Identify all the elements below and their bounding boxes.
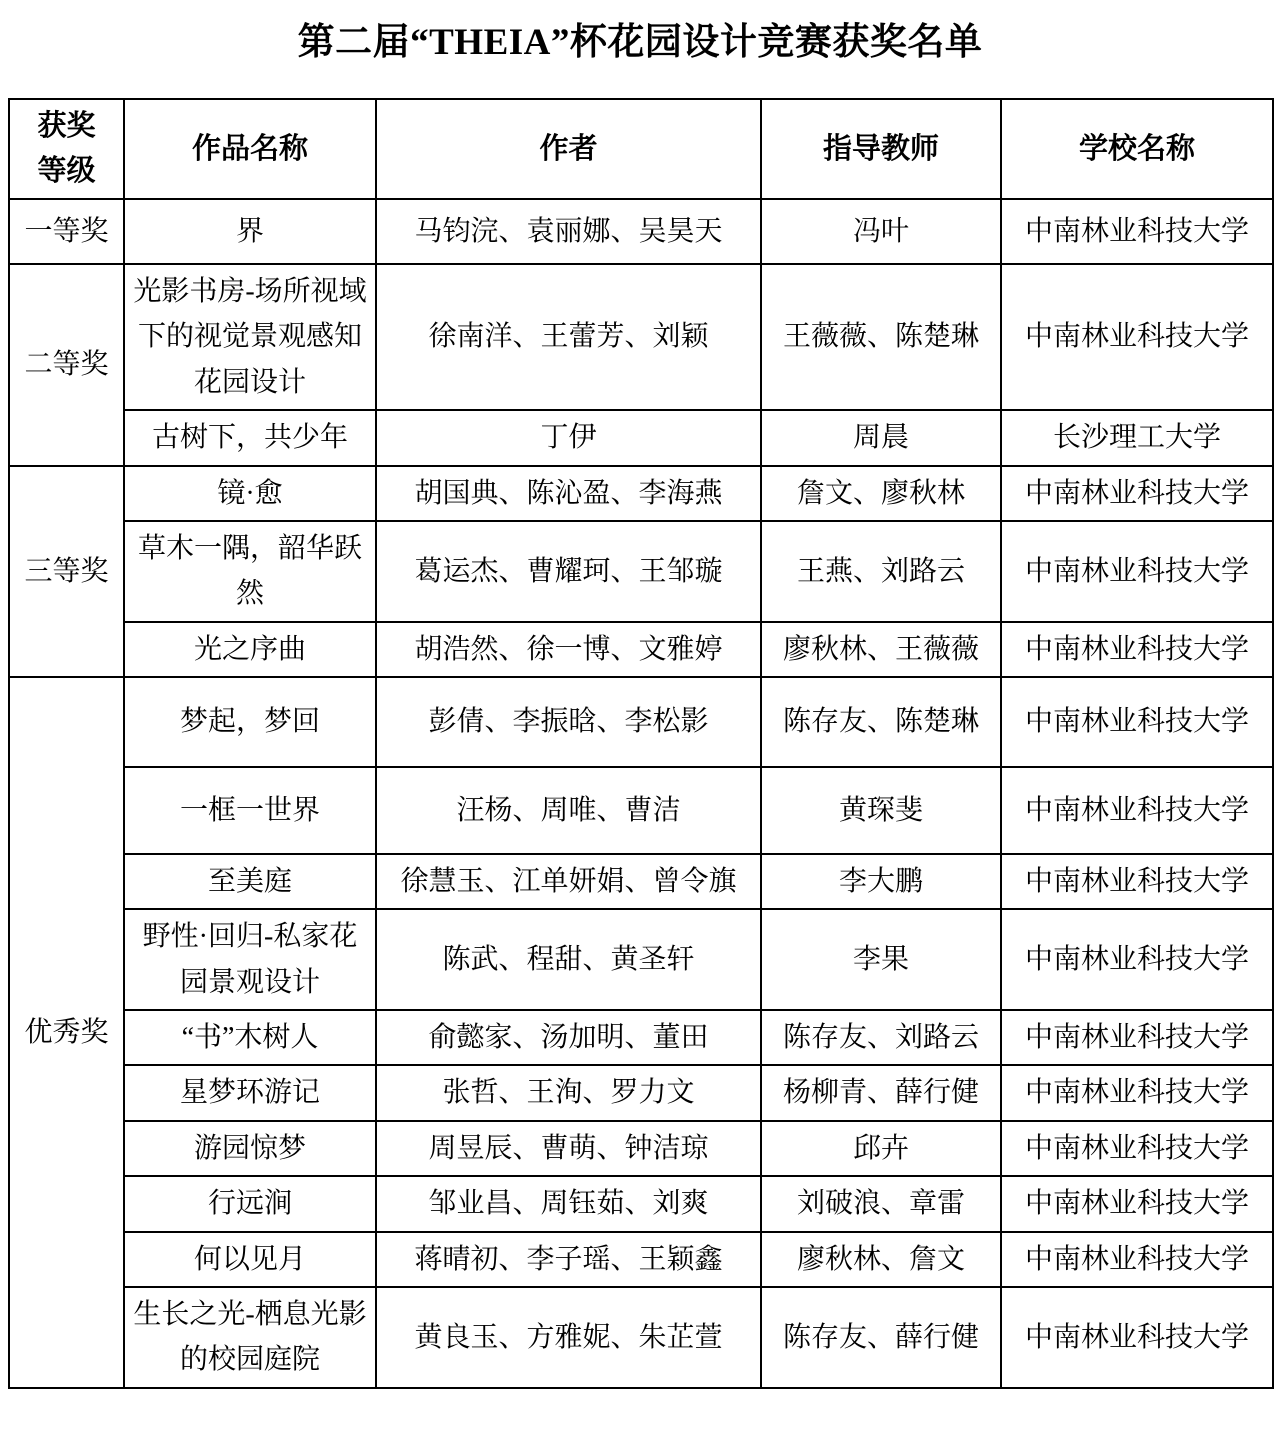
cell-school: 中南林业科技大学 bbox=[1001, 622, 1273, 677]
cell-work-name: 光之序曲 bbox=[124, 622, 376, 677]
table-row: 生长之光-栖息光影的校园庭院 黄良玉、方雅妮、朱芷萱 陈存友、薛行健 中南林业科… bbox=[9, 1287, 1273, 1388]
cell-teachers: 陈存友、陈楚琳 bbox=[761, 677, 1001, 767]
cell-authors: 胡浩然、徐一博、文雅婷 bbox=[376, 622, 761, 677]
cell-school: 中南林业科技大学 bbox=[1001, 1065, 1273, 1120]
cell-teachers: 廖秋林、詹文 bbox=[761, 1232, 1001, 1287]
cell-teachers: 刘破浪、章雷 bbox=[761, 1176, 1001, 1231]
table-row: “书”木树人 俞懿家、汤加明、董田 陈存友、刘路云 中南林业科技大学 bbox=[9, 1010, 1273, 1065]
cell-authors: 丁伊 bbox=[376, 410, 761, 465]
cell-authors: 彭倩、李振晗、李松影 bbox=[376, 677, 761, 767]
cell-work-name: 一框一世界 bbox=[124, 767, 376, 854]
document-page: 第二届“THEIA”杯花园设计竞赛获奖名单 获奖 等级 作品名称 作者 指导教师… bbox=[0, 0, 1280, 1429]
table-row: 星梦环游记 张哲、王洵、罗力文 杨柳青、薛行健 中南林业科技大学 bbox=[9, 1065, 1273, 1120]
cell-teachers: 王薇薇、陈楚琳 bbox=[761, 264, 1001, 410]
table-header-row: 获奖 等级 作品名称 作者 指导教师 学校名称 bbox=[9, 99, 1273, 199]
table-row: 何以见月 蒋晴初、李子瑶、王颖鑫 廖秋林、詹文 中南林业科技大学 bbox=[9, 1232, 1273, 1287]
cell-award-level: 二等奖 bbox=[9, 264, 124, 465]
cell-school: 中南林业科技大学 bbox=[1001, 909, 1273, 1010]
header-award-level: 获奖 等级 bbox=[9, 99, 124, 199]
cell-teachers: 李果 bbox=[761, 909, 1001, 1010]
cell-work-name: 野性·回归-私家花园景观设计 bbox=[124, 909, 376, 1010]
table-row: 一框一世界 汪杨、周唯、曹洁 黄琛斐 中南林业科技大学 bbox=[9, 767, 1273, 854]
cell-school: 中南林业科技大学 bbox=[1001, 677, 1273, 767]
table-row: 草木一隅，韶华跃然 葛运杰、曹耀珂、王邹璇 王燕、刘路云 中南林业科技大学 bbox=[9, 521, 1273, 622]
cell-authors: 邹业昌、周钰茹、刘爽 bbox=[376, 1176, 761, 1231]
cell-work-name: 古树下，共少年 bbox=[124, 410, 376, 465]
table-row: 优秀奖 梦起，梦回 彭倩、李振晗、李松影 陈存友、陈楚琳 中南林业科技大学 bbox=[9, 677, 1273, 767]
table-row: 古树下，共少年 丁伊 周晨 长沙理工大学 bbox=[9, 410, 1273, 465]
cell-teachers: 王燕、刘路云 bbox=[761, 521, 1001, 622]
cell-school: 中南林业科技大学 bbox=[1001, 466, 1273, 521]
cell-work-name: 星梦环游记 bbox=[124, 1065, 376, 1120]
cell-school: 中南林业科技大学 bbox=[1001, 199, 1273, 264]
cell-authors: 马钧浣、袁丽娜、吴昊天 bbox=[376, 199, 761, 264]
cell-authors: 胡国典、陈沁盈、李海燕 bbox=[376, 466, 761, 521]
cell-work-name: 草木一隅，韶华跃然 bbox=[124, 521, 376, 622]
awards-table: 获奖 等级 作品名称 作者 指导教师 学校名称 一等奖 界 马钧浣、袁丽娜、吴昊… bbox=[8, 98, 1274, 1388]
header-work-name: 作品名称 bbox=[124, 99, 376, 199]
table-row: 光之序曲 胡浩然、徐一博、文雅婷 廖秋林、王薇薇 中南林业科技大学 bbox=[9, 622, 1273, 677]
header-award-level-line2: 等级 bbox=[16, 149, 117, 194]
cell-work-name: 生长之光-栖息光影的校园庭院 bbox=[124, 1287, 376, 1388]
cell-authors: 汪杨、周唯、曹洁 bbox=[376, 767, 761, 854]
cell-school: 中南林业科技大学 bbox=[1001, 1232, 1273, 1287]
cell-award-level: 三等奖 bbox=[9, 466, 124, 677]
cell-teachers: 黄琛斐 bbox=[761, 767, 1001, 854]
cell-teachers: 陈存友、薛行健 bbox=[761, 1287, 1001, 1388]
header-school: 学校名称 bbox=[1001, 99, 1273, 199]
cell-authors: 蒋晴初、李子瑶、王颖鑫 bbox=[376, 1232, 761, 1287]
header-authors: 作者 bbox=[376, 99, 761, 199]
cell-work-name: “书”木树人 bbox=[124, 1010, 376, 1065]
page-title: 第二届“THEIA”杯花园设计竞赛获奖名单 bbox=[8, 20, 1272, 66]
cell-authors: 陈武、程甜、黄圣轩 bbox=[376, 909, 761, 1010]
header-teachers: 指导教师 bbox=[761, 99, 1001, 199]
cell-authors: 俞懿家、汤加明、董田 bbox=[376, 1010, 761, 1065]
cell-teachers: 廖秋林、王薇薇 bbox=[761, 622, 1001, 677]
cell-teachers: 陈存友、刘路云 bbox=[761, 1010, 1001, 1065]
table-row: 行远涧 邹业昌、周钰茹、刘爽 刘破浪、章雷 中南林业科技大学 bbox=[9, 1176, 1273, 1231]
cell-work-name: 光影书房-场所视域下的视觉景观感知花园设计 bbox=[124, 264, 376, 410]
cell-school: 中南林业科技大学 bbox=[1001, 1121, 1273, 1176]
cell-teachers: 冯叶 bbox=[761, 199, 1001, 264]
table-row: 至美庭 徐慧玉、江单妍娟、曾令旗 李大鹏 中南林业科技大学 bbox=[9, 854, 1273, 909]
header-award-level-line1: 获奖 bbox=[16, 104, 117, 149]
cell-authors: 张哲、王洵、罗力文 bbox=[376, 1065, 761, 1120]
cell-authors: 徐南洋、王蕾芳、刘颖 bbox=[376, 264, 761, 410]
table-row: 游园惊梦 周昱辰、曹萌、钟洁琼 邱卉 中南林业科技大学 bbox=[9, 1121, 1273, 1176]
table-row: 三等奖 镜·愈 胡国典、陈沁盈、李海燕 詹文、廖秋林 中南林业科技大学 bbox=[9, 466, 1273, 521]
cell-award-level: 一等奖 bbox=[9, 199, 124, 264]
cell-school: 中南林业科技大学 bbox=[1001, 521, 1273, 622]
cell-work-name: 界 bbox=[124, 199, 376, 264]
cell-work-name: 何以见月 bbox=[124, 1232, 376, 1287]
cell-work-name: 游园惊梦 bbox=[124, 1121, 376, 1176]
cell-school: 长沙理工大学 bbox=[1001, 410, 1273, 465]
cell-authors: 徐慧玉、江单妍娟、曾令旗 bbox=[376, 854, 761, 909]
cell-school: 中南林业科技大学 bbox=[1001, 264, 1273, 410]
cell-teachers: 邱卉 bbox=[761, 1121, 1001, 1176]
cell-teachers: 李大鹏 bbox=[761, 854, 1001, 909]
cell-school: 中南林业科技大学 bbox=[1001, 1010, 1273, 1065]
table-row: 一等奖 界 马钧浣、袁丽娜、吴昊天 冯叶 中南林业科技大学 bbox=[9, 199, 1273, 264]
cell-work-name: 镜·愈 bbox=[124, 466, 376, 521]
cell-authors: 黄良玉、方雅妮、朱芷萱 bbox=[376, 1287, 761, 1388]
cell-school: 中南林业科技大学 bbox=[1001, 854, 1273, 909]
table-row: 二等奖 光影书房-场所视域下的视觉景观感知花园设计 徐南洋、王蕾芳、刘颖 王薇薇… bbox=[9, 264, 1273, 410]
cell-school: 中南林业科技大学 bbox=[1001, 1287, 1273, 1388]
cell-teachers: 周晨 bbox=[761, 410, 1001, 465]
cell-authors: 周昱辰、曹萌、钟洁琼 bbox=[376, 1121, 761, 1176]
table-row: 野性·回归-私家花园景观设计 陈武、程甜、黄圣轩 李果 中南林业科技大学 bbox=[9, 909, 1273, 1010]
cell-school: 中南林业科技大学 bbox=[1001, 1176, 1273, 1231]
cell-award-level: 优秀奖 bbox=[9, 677, 124, 1388]
cell-authors: 葛运杰、曹耀珂、王邹璇 bbox=[376, 521, 761, 622]
cell-work-name: 行远涧 bbox=[124, 1176, 376, 1231]
cell-teachers: 杨柳青、薛行健 bbox=[761, 1065, 1001, 1120]
cell-work-name: 至美庭 bbox=[124, 854, 376, 909]
cell-work-name: 梦起，梦回 bbox=[124, 677, 376, 767]
cell-school: 中南林业科技大学 bbox=[1001, 767, 1273, 854]
cell-teachers: 詹文、廖秋林 bbox=[761, 466, 1001, 521]
